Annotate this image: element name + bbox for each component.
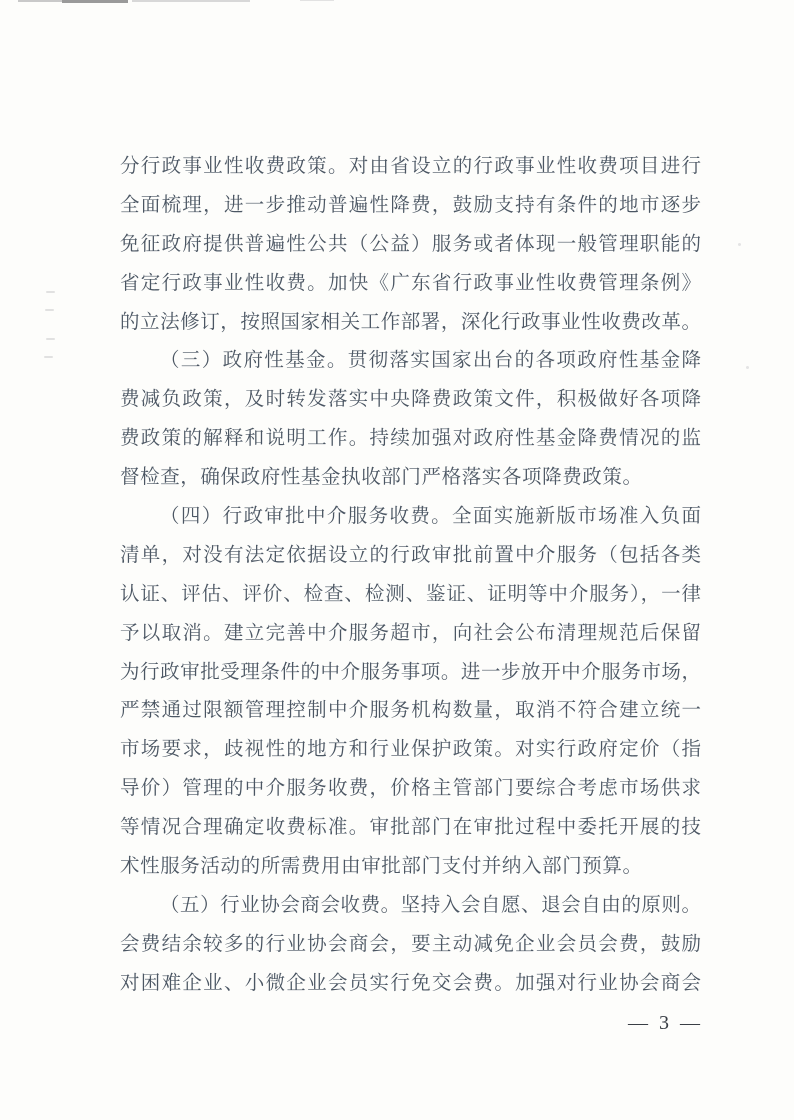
text-line: 分行政事业性收费政策。对由省设立的行政事业性收费项目进行 bbox=[120, 148, 701, 187]
scan-speck bbox=[738, 243, 741, 246]
text-line: 的立法修订，按照国家相关工作部署，深化行政事业性收费改革。 bbox=[120, 304, 701, 343]
scan-artifact-top bbox=[62, 0, 128, 3]
text-line: （五）行业协会商会收费。坚持入会自愿、退会自由的原则。 bbox=[120, 887, 701, 926]
paragraph-section-3: （三）政府性基金。贯彻落实国家出台的各项政府性基金降 费减负政策，及时转发落实中… bbox=[120, 342, 701, 498]
margin-mark bbox=[46, 338, 55, 340]
text-line: 术性服务活动的所需费用由审批部门支付并纳入部门预算。 bbox=[120, 848, 701, 887]
text-line: 等情况合理确定收费标准。审批部门在审批过程中委托开展的技 bbox=[120, 809, 701, 848]
paragraph-section-5: （五）行业协会商会收费。坚持入会自愿、退会自由的原则。 会费结余较多的行业协会商… bbox=[120, 887, 701, 1004]
text-line: 市场要求，歧视性的地方和行业保护政策。对实行政府定价（指 bbox=[120, 731, 701, 770]
text-line: 清单，对没有法定依据设立的行政审批前置中介服务（包括各类 bbox=[120, 537, 701, 576]
text-line: 全面梳理，进一步推动普遍性降费，鼓励支持有条件的地市逐步 bbox=[120, 187, 701, 226]
text-line: 严禁通过限额管理控制中介服务机构数量，取消不符合建立统一 bbox=[120, 692, 701, 731]
margin-mark bbox=[46, 291, 55, 293]
text-line: （四）行政审批中介服务收费。全面实施新版市场准入负面 bbox=[120, 498, 701, 537]
document-page: 分行政事业性收费政策。对由省设立的行政事业性收费项目进行 全面梳理，进一步推动普… bbox=[0, 0, 794, 1120]
text-line: （三）政府性基金。贯彻落实国家出台的各项政府性基金降 bbox=[120, 342, 701, 381]
document-body: 分行政事业性收费政策。对由省设立的行政事业性收费项目进行 全面梳理，进一步推动普… bbox=[120, 148, 701, 1004]
margin-mark bbox=[45, 309, 54, 311]
text-line: 认证、评估、评价、检查、检测、鉴证、证明等中介服务），一律 bbox=[120, 576, 701, 615]
scan-speck bbox=[746, 366, 749, 369]
margin-mark bbox=[44, 356, 53, 358]
scan-artifact-top bbox=[300, 0, 334, 1]
text-line: 督检查，确保政府性基金执收部门严格落实各项降费政策。 bbox=[120, 459, 701, 498]
text-line: 对困难企业、小微企业会员实行免交会费。加强对行业协会商会 bbox=[120, 965, 701, 1004]
text-line: 省定行政事业性收费。加快《广东省行政事业性收费管理条例》 bbox=[120, 265, 701, 304]
text-line: 费政策的解释和说明工作。持续加强对政府性基金降费情况的监 bbox=[120, 420, 701, 459]
text-line: 导价）管理的中介服务收费，价格主管部门要综合考虑市场供求 bbox=[120, 770, 701, 809]
text-line: 予以取消。建立完善中介服务超市，向社会公布清理规范后保留 bbox=[120, 615, 701, 654]
page-number: — 3 — bbox=[628, 1012, 703, 1035]
text-line: 会费结余较多的行业协会商会，要主动减免企业会员会费，鼓励 bbox=[120, 926, 701, 965]
text-line: 费减负政策，及时转发落实中央降费政策文件，积极做好各项降 bbox=[120, 381, 701, 420]
paragraph-section-4: （四）行政审批中介服务收费。全面实施新版市场准入负面 清单，对没有法定依据设立的… bbox=[120, 498, 701, 887]
scan-artifact-top bbox=[18, 0, 62, 2]
text-line: 为行政审批受理条件的中介服务事项。进一步放开中介服务市场， bbox=[120, 654, 701, 693]
paragraph-continuation: 分行政事业性收费政策。对由省设立的行政事业性收费项目进行 全面梳理，进一步推动普… bbox=[120, 148, 701, 342]
scan-artifact-top bbox=[132, 0, 250, 2]
text-line: 免征政府提供普遍性公共（公益）服务或者体现一般管理职能的 bbox=[120, 226, 701, 265]
